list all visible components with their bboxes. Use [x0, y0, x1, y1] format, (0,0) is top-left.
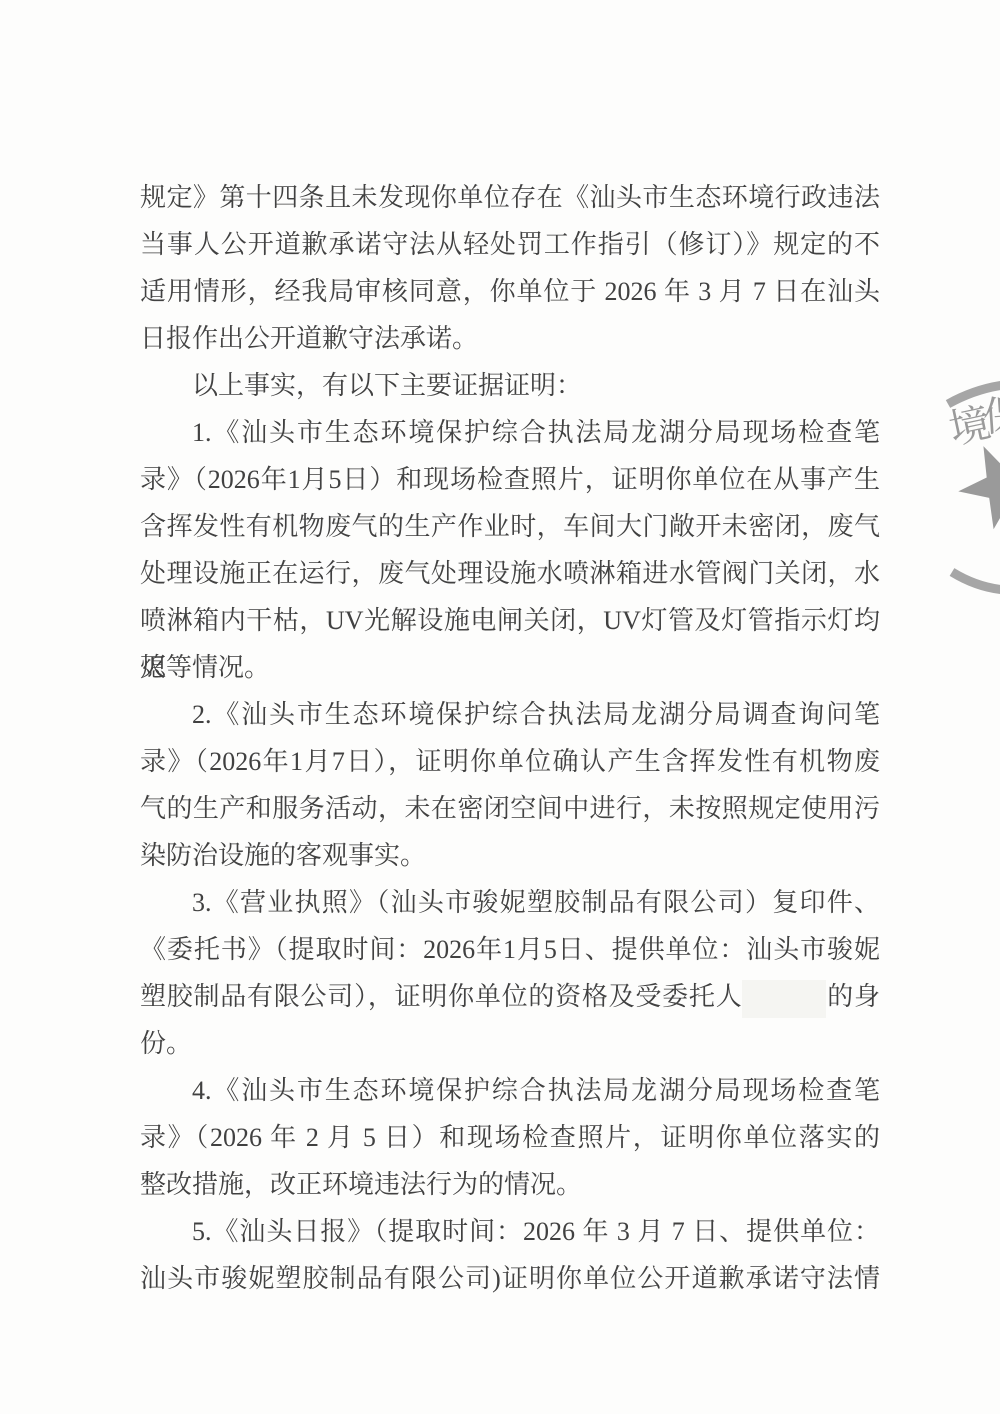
- seal-star-icon: [958, 446, 1000, 529]
- text-line: 录》（2026年1月5日）和现场检查照片，证明你单位在从事产生: [140, 456, 880, 503]
- text-line: 当事人公开道歉承诺守法从轻处罚工作指引（修订）》规定的不: [140, 221, 880, 268]
- text-line: 以上事实，有以下主要证据证明：: [140, 362, 880, 409]
- text-segment: 塑胶制品有限公司），证明你单位的资格及受委托人: [140, 982, 742, 1011]
- text-line: 3.《营业执照》（汕头市骏妮塑胶制品有限公司）复印件、: [140, 879, 880, 926]
- text-line: 灭等情况。: [140, 644, 880, 691]
- text-line: 份。: [140, 1020, 880, 1067]
- document-page: 规定》第十四条且未发现你单位存在《汕头市生态环境行政违法当事人公开道歉承诺守法从…: [0, 0, 1000, 1414]
- text-line: 5.《汕头日报》（提取时间：2026 年 3 月 7 日、提供单位：: [140, 1208, 880, 1255]
- text-line: 录》（2026年1月7日），证明你单位确认产生含挥发性有机物废: [140, 738, 880, 785]
- text-line: 含挥发性有机物废气的生产作业时，车间大门敞开未密闭，废气: [140, 503, 880, 550]
- official-seal-stamp: 境 保: [888, 370, 1000, 602]
- text-line: 塑胶制品有限公司），证明你单位的资格及受委托人的身: [140, 973, 880, 1020]
- text-line: 4.《汕头市生态环境保护综合执法局龙湖分局现场检查笔: [140, 1067, 880, 1114]
- redaction-box: [742, 980, 826, 1018]
- text-line: 日报作出公开道歉守法承诺。: [140, 315, 880, 362]
- text-line: 录》（2026 年 2 月 5 日）和现场检查照片，证明你单位落实的: [140, 1114, 880, 1161]
- text-line: 染防治设施的客观事实。: [140, 832, 880, 879]
- text-line: 2.《汕头市生态环境保护综合执法局龙湖分局调查询问笔: [140, 691, 880, 738]
- document-body: 规定》第十四条且未发现你单位存在《汕头市生态环境行政违法当事人公开道歉承诺守法从…: [140, 174, 880, 1302]
- text-line: 整改措施，改正环境违法行为的情况。: [140, 1161, 880, 1208]
- text-line: 规定》第十四条且未发现你单位存在《汕头市生态环境行政违法: [140, 174, 880, 221]
- text-line: 《委托书》（提取时间：2026年1月5日、提供单位：汕头市骏妮: [140, 926, 880, 973]
- seal-character-partial: 保: [982, 392, 1000, 441]
- text-line: 适用情形，经我局审核同意，你单位于 2026 年 3 月 7 日在汕头: [140, 268, 880, 315]
- text-line: 处理设施正在运行，废气处理设施水喷淋箱进水管阀门关闭，水: [140, 550, 880, 597]
- text-line: 气的生产和服务活动，未在密闭空间中进行，未按照规定使用污: [140, 785, 880, 832]
- seal-ring-bottom-arc: [952, 572, 1000, 590]
- text-line: 汕头市骏妮塑胶制品有限公司)证明你单位公开道歉承诺守法情: [140, 1255, 880, 1302]
- text-line: 1.《汕头市生态环境保护综合执法局龙湖分局现场检查笔: [140, 409, 880, 456]
- text-segment: 的身: [826, 982, 880, 1011]
- text-line: 喷淋箱内干枯，UV光解设施电闸关闭，UV灯管及灯管指示灯均熄: [140, 597, 880, 644]
